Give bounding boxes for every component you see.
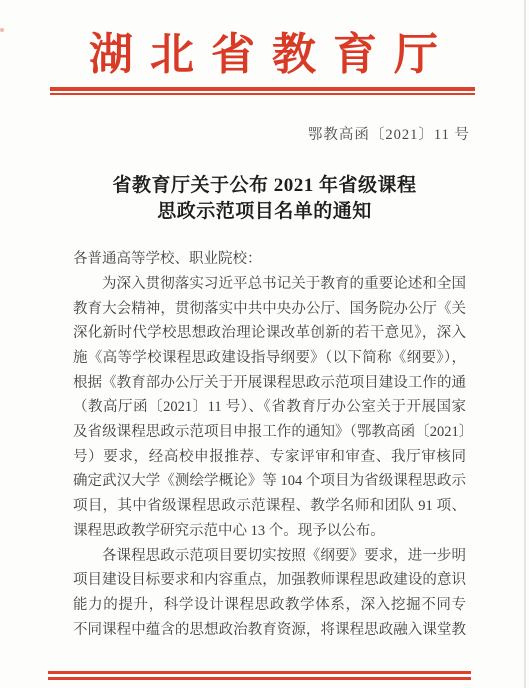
title-line-1: 省教育厅关于公布 2021 年省级课程: [0, 173, 529, 199]
scan-page-edge: [524, 0, 526, 688]
body-line: 课程思政教学研究示范中心 13 个。现予以公布。: [73, 519, 466, 544]
body-line: （教高厅函〔2021〕11 号）、《省教育厅办公室关于开展国家级: [73, 395, 466, 420]
document-page: 湖北省教育厅 鄂教高函〔2021〕11 号 省教育厅关于公布 2021 年省级课…: [0, 0, 529, 688]
title-line-2: 思政示范项目名单的通知: [0, 199, 529, 225]
body-line: 为深入贯彻落实习近平总书记关于教育的重要论述和全国: [73, 272, 466, 297]
agency-name: 湖北省教育厅: [0, 0, 529, 79]
body-line: 确定武汉大学《测绘学概论》等 104 个项目为省级课程思政示范: [73, 469, 466, 494]
body-line: 各课程思政示范项目要切实按照《纲要》要求，进一步明确: [73, 544, 466, 569]
document-number: 鄂教高函〔2021〕11 号: [0, 125, 470, 145]
scan-speck: [0, 28, 4, 32]
document-body: 各普通高等学校、职业院校： 为深入贯彻落实习近平总书记关于教育的重要论述和全国 …: [73, 247, 466, 642]
header-rule-thin-bar: [50, 93, 475, 95]
body-line: 及省级课程思政示范项目申报工作的通知》（鄂教高函〔2021〕6: [73, 420, 466, 445]
body-line: 不同课程中蕴含的思想政治教育资源，将课程思政融入课堂教学: [73, 618, 466, 643]
body-line: 项目，其中省级课程思政示范课程、教学名师和团队 91 项、省级: [73, 494, 466, 519]
salutation: 各普通高等学校、职业院校：: [73, 247, 466, 272]
body-line: 教育大会精神，贯彻落实中共中央办公厅、国务院办公厅《关于: [73, 297, 466, 322]
body-line: 号）要求，经高校申报推荐、专家评审和审查、我厅审核同意，: [73, 445, 466, 470]
body-line: 深化新时代学校思想政治理论课改革创新的若干意见》，深入实: [73, 321, 466, 346]
footer-rule-bottom-bar: [48, 677, 471, 680]
body-line: 施《高等学校课程思政建设指导纲要》（以下简称《纲要》），: [73, 346, 466, 371]
body-line: 项目建设目标要求和内容重点，加强教师课程思政建设的意识和: [73, 568, 466, 593]
document-title: 省教育厅关于公布 2021 年省级课程 思政示范项目名单的通知: [0, 173, 529, 225]
footer-double-rule: [48, 671, 471, 680]
body-line: 能力的提升，科学设计课程思政教学体系，深入挖掘不同专业、: [73, 593, 466, 618]
body-line: 根据《教育部办公厅关于开展课程思政示范项目建设工作的通知》: [73, 371, 466, 396]
header-double-rule: [50, 87, 475, 95]
